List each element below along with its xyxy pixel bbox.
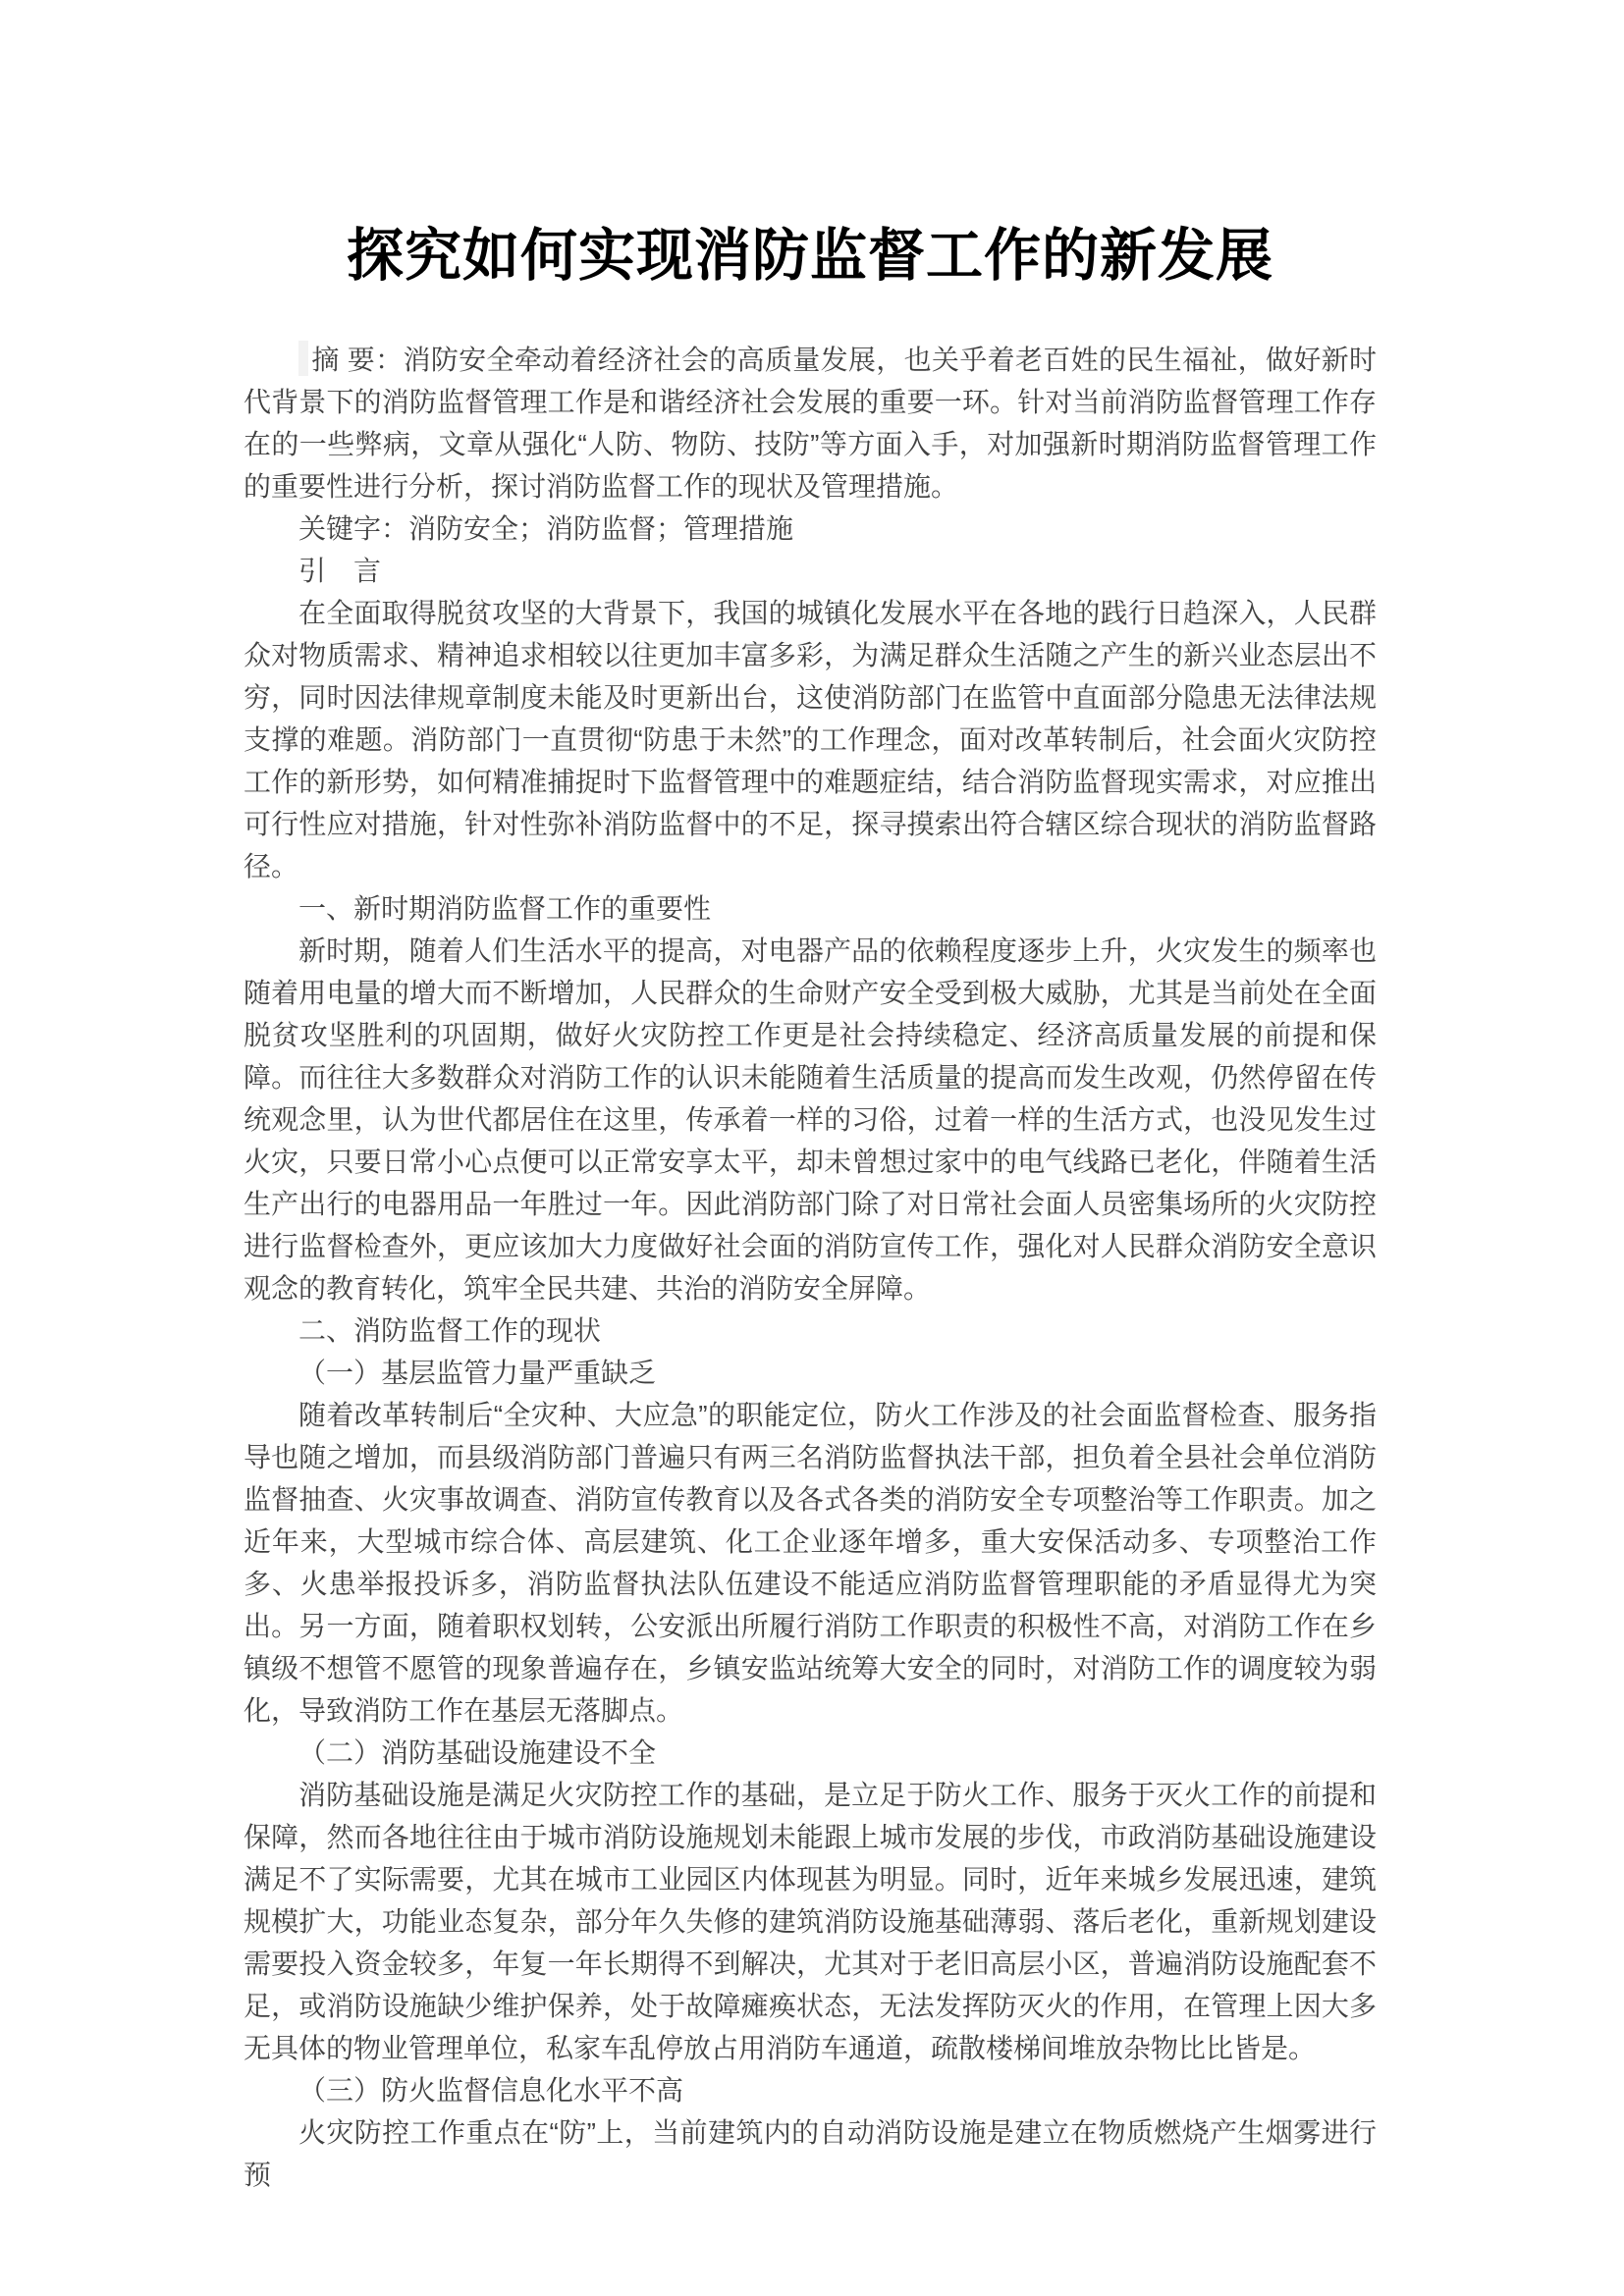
abstract-text: 消防安全牵动着经济社会的高质量发展，也关乎着老百姓的民生福祉，做好新时代背景下的…: [244, 345, 1377, 502]
heading-section-2-3: （三）防火监督信息化水平不高: [244, 2069, 1377, 2111]
keywords-label: 关键字：: [298, 513, 408, 544]
paragraph-section-2-3: 火灾防控工作重点在“防”上，当前建筑内的自动消防设施是建立在物质燃烧产生烟雾进行…: [244, 2111, 1377, 2196]
document-page: 探究如何实现消防监督工作的新发展 摘 要：消防安全牵动着经济社会的高质量发展，也…: [0, 0, 1624, 2296]
document-body: 摘 要：消防安全牵动着经济社会的高质量发展，也关乎着老百姓的民生福祉，做好新时代…: [244, 339, 1377, 2196]
heading-section-2-2: （二）消防基础设施建设不全: [244, 1732, 1377, 1774]
heading-section-1: 一、新时期消防监督工作的重要性: [244, 887, 1377, 930]
heading-section-2-1: （一）基层监管力量严重缺乏: [244, 1352, 1377, 1394]
abstract-label: 摘 要：: [311, 345, 403, 375]
paragraph-section-2-1: 随着改革转制后“全灾种、大应急”的职能定位，防火工作涉及的社会面监督检查、服务指…: [244, 1394, 1377, 1732]
page-title: 探究如何实现消防监督工作的新发展: [244, 219, 1377, 294]
keywords-line: 关键字：消防安全；消防监督；管理措施: [244, 507, 1377, 550]
paragraph-section-1: 新时期，随着人们生活水平的提高，对电器产品的依赖程度逐步上升，火灾发生的频率也随…: [244, 930, 1377, 1309]
heading-section-2: 二、消防监督工作的现状: [244, 1309, 1377, 1352]
paragraph-introduction: 在全面取得脱贫攻坚的大背景下，我国的城镇化发展水平在各地的践行日趋深入，人民群众…: [244, 592, 1377, 887]
highlighted-space: [298, 341, 308, 376]
paragraph-section-2-2: 消防基础设施是满足火灾防控工作的基础，是立足于防火工作、服务于灭火工作的前提和保…: [244, 1774, 1377, 2069]
abstract-paragraph: 摘 要：消防安全牵动着经济社会的高质量发展，也关乎着老百姓的民生福祉，做好新时代…: [244, 339, 1377, 507]
heading-introduction: 引 言: [244, 550, 1377, 592]
keywords-text: 消防安全；消防监督；管理措施: [408, 513, 793, 544]
